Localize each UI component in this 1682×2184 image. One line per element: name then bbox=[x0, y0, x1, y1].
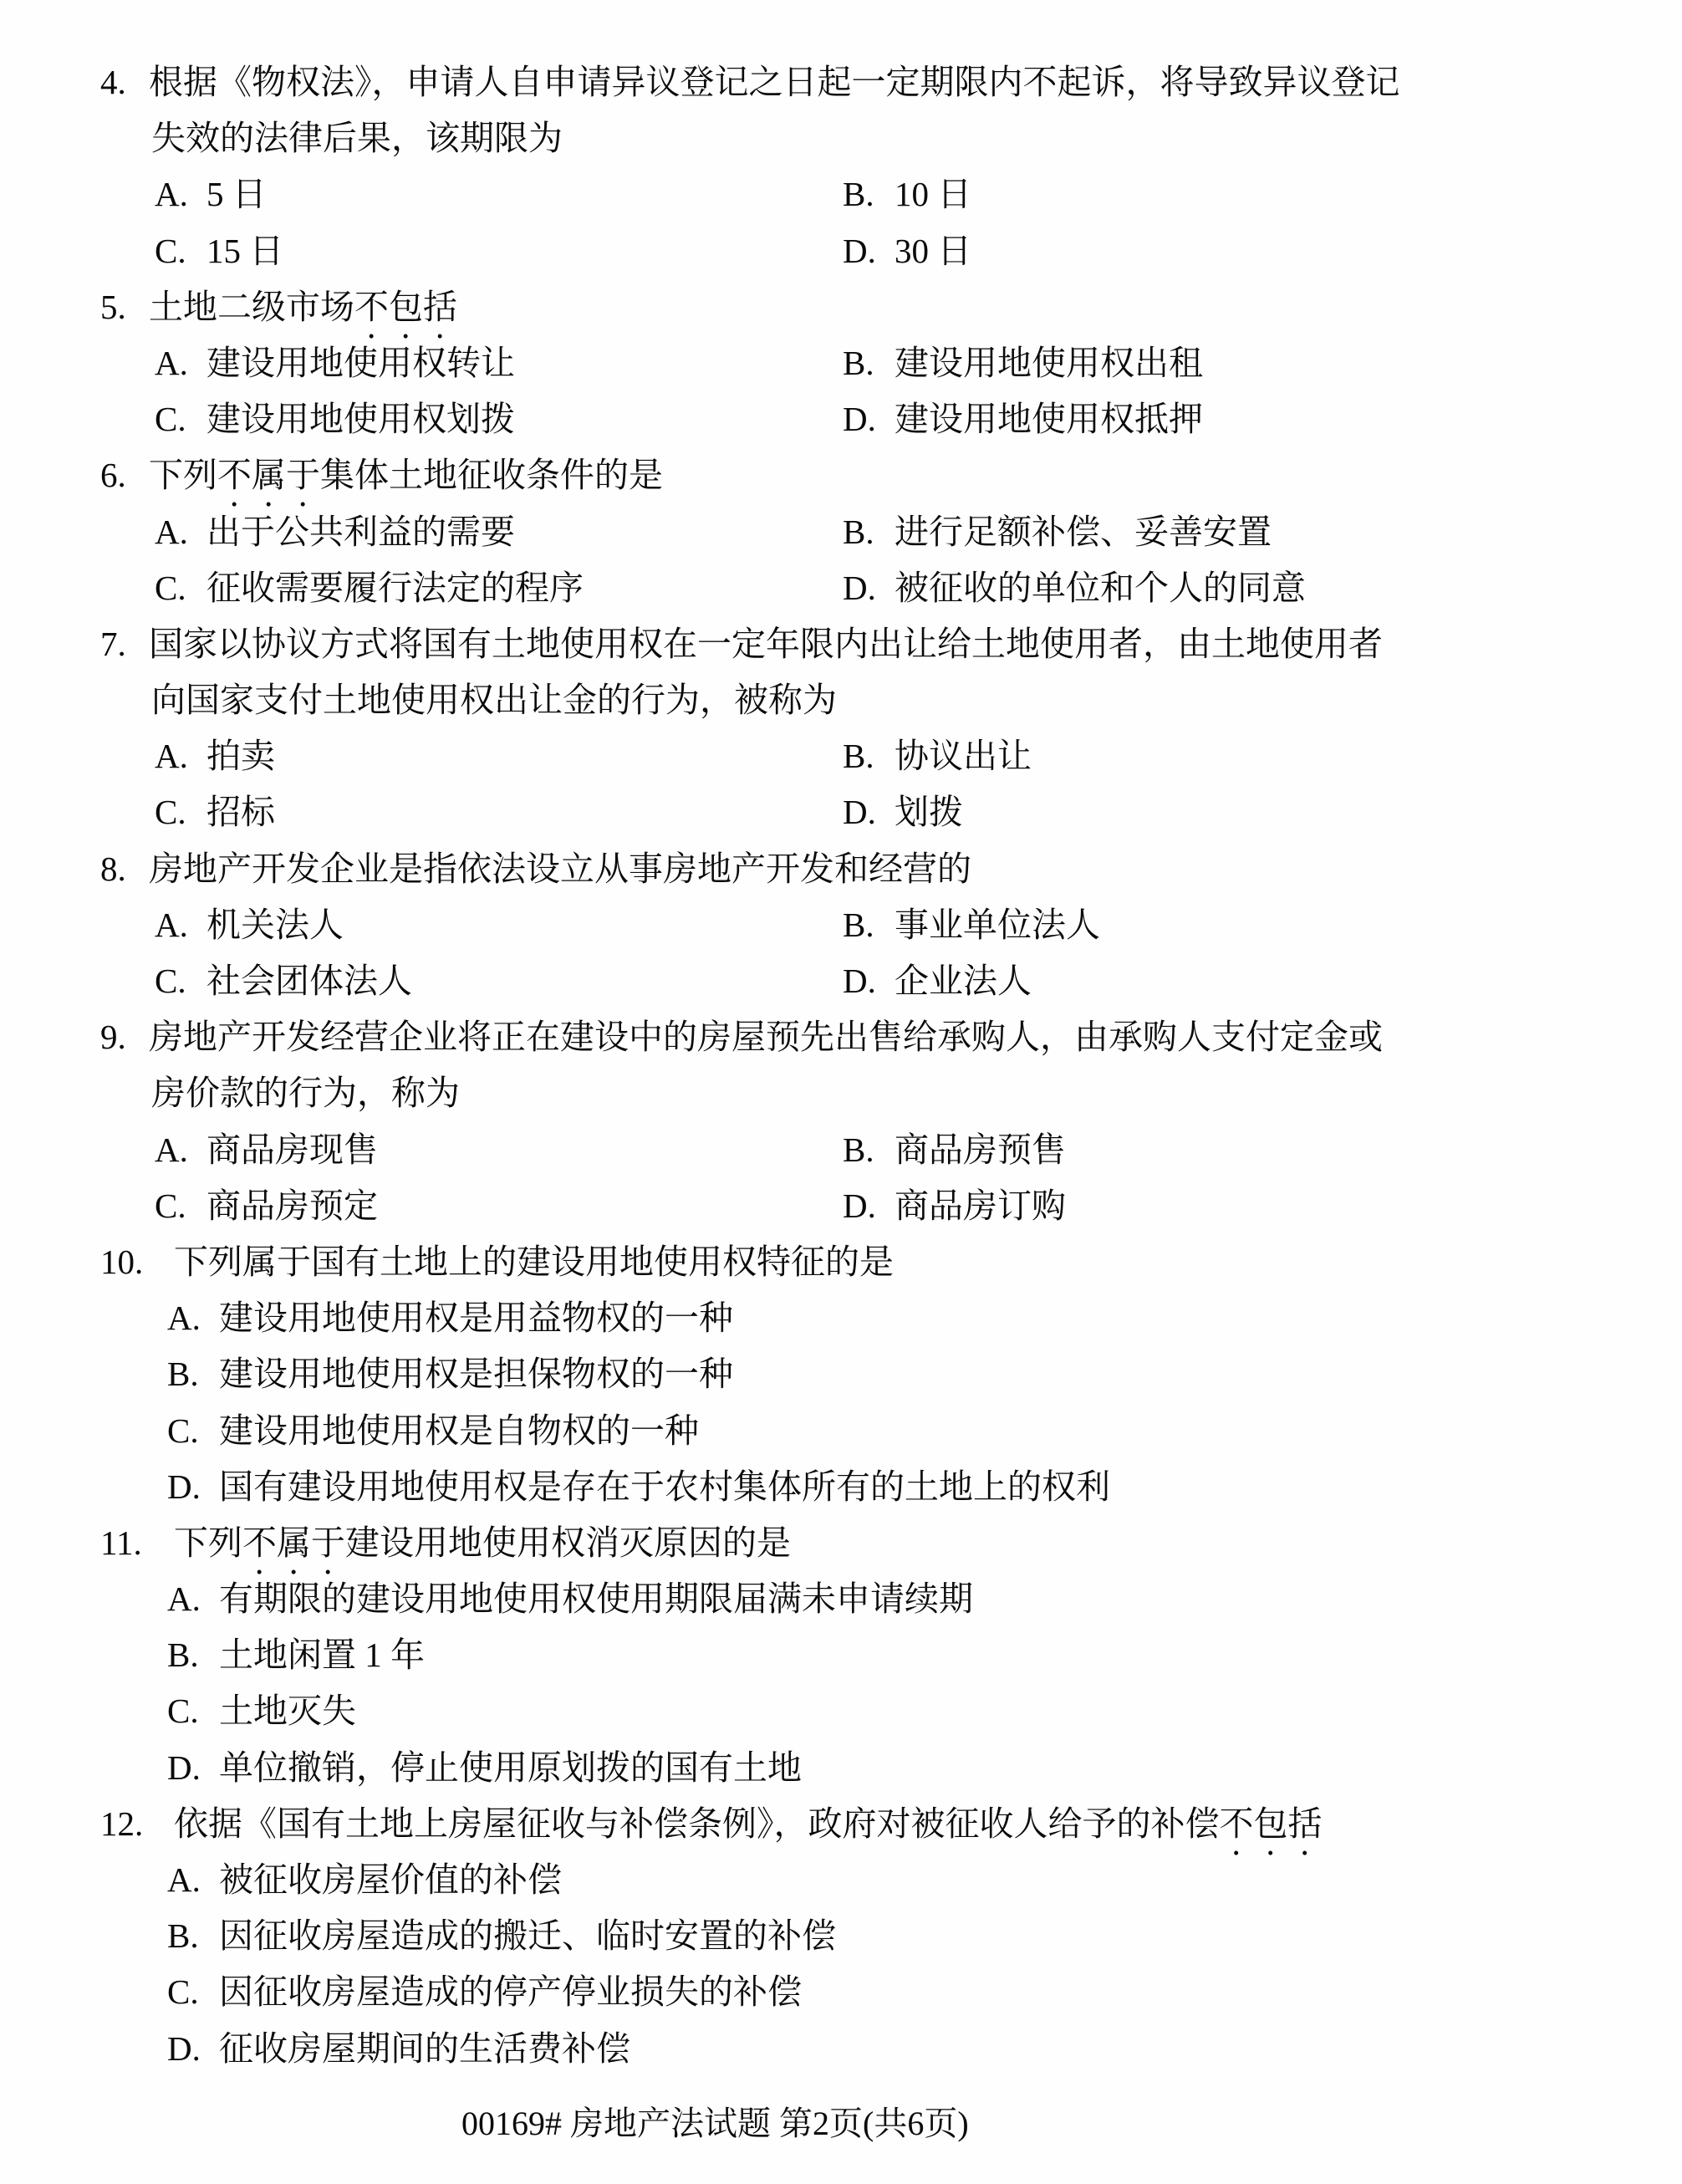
option-text: 机关法人 bbox=[206, 906, 344, 944]
question-7-title: 7. 国家以协议方式将国有土地使用权在一定年限内出让给土地使用者，由土地使用者 bbox=[0, 616, 1682, 672]
question-9-number: 9. bbox=[100, 1009, 126, 1065]
question-11-option-B: B.土地闲置 1 年 bbox=[167, 1627, 425, 1683]
option-text: 15 日 bbox=[206, 232, 283, 270]
question-10-option-A: A.建设用地使用权是用益物权的一种 bbox=[167, 1290, 733, 1346]
option-label: D. bbox=[167, 1459, 219, 1515]
question-8-options-row-2: C.社会团体法人 D.企业法人 bbox=[0, 953, 1682, 1009]
option-text: 建设用地使用权是担保物权的一种 bbox=[219, 1355, 733, 1393]
option-label: C. bbox=[155, 784, 206, 840]
question-8: 8. 房地产开发企业是指依法设立从事房地产开发和经营的 A.机关法人 B.事业单… bbox=[0, 841, 1682, 1010]
question-7-option-D: D.划拨 bbox=[843, 784, 963, 840]
option-text: 国有建设用地使用权是存在于农村集体所有的土地上的权利 bbox=[219, 1467, 1110, 1506]
question-11-option-row-A: A.有期限的建设用地使用权使用期限届满未申请续期 bbox=[0, 1571, 1682, 1627]
option-label: A. bbox=[167, 1290, 219, 1346]
option-label: B. bbox=[843, 166, 895, 222]
question-5: 5. 土地二级市场不包括 A.建设用地使用权转让 B.建设用地使用权出租 C.建… bbox=[0, 279, 1682, 448]
question-10-text-pre: 下列属于国有土地上的建设用地使用权特征的是 bbox=[174, 1243, 894, 1281]
question-6-number: 6. bbox=[100, 447, 126, 503]
option-text: 商品房预售 bbox=[895, 1130, 1066, 1169]
option-label: B. bbox=[843, 897, 895, 953]
option-text: 征收需要履行法定的程序 bbox=[206, 569, 584, 607]
question-11-option-row-C: C.土地灭失 bbox=[0, 1683, 1682, 1739]
question-5-option-A: A.建设用地使用权转让 bbox=[155, 335, 515, 391]
question-12-option-C: C.因征收房屋造成的停产停业损失的补偿 bbox=[167, 1964, 802, 2020]
option-label: A. bbox=[155, 166, 206, 222]
question-10-option-row-D: D.国有建设用地使用权是存在于农村集体所有的土地上的权利 bbox=[0, 1459, 1682, 1515]
question-5-text-pre: 土地二级市场 bbox=[149, 288, 354, 326]
question-11-option-A: A.有期限的建设用地使用权使用期限届满未申请续期 bbox=[167, 1571, 973, 1627]
option-label: A. bbox=[155, 1122, 206, 1178]
option-label: B. bbox=[843, 335, 895, 391]
question-4-option-C: C.15 日 bbox=[155, 223, 283, 279]
question-10-option-D: D.国有建设用地使用权是存在于农村集体所有的土地上的权利 bbox=[167, 1459, 1110, 1515]
question-6-option-C: C.征收需要履行法定的程序 bbox=[155, 560, 584, 616]
question-12: 12. 依据《国有土地上房屋征收与补偿条例》，政府对被征收人给予的补偿不包括 A… bbox=[0, 1796, 1682, 2077]
question-4-option-A: A.5 日 bbox=[155, 166, 267, 222]
option-label: A. bbox=[167, 1571, 219, 1627]
option-text: 拍卖 bbox=[206, 737, 275, 775]
option-label: B. bbox=[843, 504, 895, 560]
question-12-option-row-D: D.征收房屋期间的生活费补偿 bbox=[0, 2021, 1682, 2077]
question-11: 11. 下列不属于建设用地使用权消灭原因的是 A.有期限的建设用地使用权使用期限… bbox=[0, 1515, 1682, 1796]
option-label: B. bbox=[843, 728, 895, 784]
question-9-option-A: A.商品房现售 bbox=[155, 1122, 378, 1178]
question-9-text-pre: 房地产开发经营企业将正在建设中的房屋预先出售给承购人，由承购人支付定金或 bbox=[149, 1018, 1383, 1056]
question-5-option-D: D.建设用地使用权抵押 bbox=[843, 391, 1203, 447]
question-7-number: 7. bbox=[100, 616, 126, 672]
question-8-option-A: A.机关法人 bbox=[155, 897, 344, 953]
question-12-text-emphasis: 不包括 bbox=[1220, 1804, 1323, 1843]
question-9-option-C: C.商品房预定 bbox=[155, 1178, 378, 1234]
option-text: 商品房现售 bbox=[206, 1130, 378, 1169]
option-text: 建设用地使用权划拨 bbox=[206, 400, 515, 438]
question-5-option-B: B.建设用地使用权出租 bbox=[843, 335, 1203, 391]
option-text: 事业单位法人 bbox=[895, 906, 1100, 944]
question-10: 10. 下列属于国有土地上的建设用地使用权特征的是 A.建设用地使用权是用益物权… bbox=[0, 1234, 1682, 1515]
question-4-option-B: B.10 日 bbox=[843, 166, 971, 222]
question-9-options-row-2: C.商品房预定 D.商品房订购 bbox=[0, 1178, 1682, 1234]
option-label: C. bbox=[155, 953, 206, 1009]
option-label: A. bbox=[155, 897, 206, 953]
option-text: 5 日 bbox=[206, 175, 267, 213]
option-label: D. bbox=[843, 391, 895, 447]
option-text: 商品房预定 bbox=[206, 1186, 378, 1225]
question-6-text-pre: 下列 bbox=[149, 456, 217, 494]
option-label: C. bbox=[167, 1683, 219, 1739]
option-text: 商品房订购 bbox=[895, 1186, 1066, 1225]
page-footer: 00169# 房地产法试题 第2页(共6页) bbox=[461, 2104, 969, 2144]
question-5-options-row-1: A.建设用地使用权转让 B.建设用地使用权出租 bbox=[0, 335, 1682, 391]
question-11-number: 11. bbox=[100, 1515, 142, 1571]
option-label: A. bbox=[155, 504, 206, 560]
question-8-text-pre: 房地产开发企业是指依法设立从事房地产开发和经营的 bbox=[149, 850, 971, 888]
question-9: 9. 房地产开发经营企业将正在建设中的房屋预先出售给承购人，由承购人支付定金或 … bbox=[0, 1009, 1682, 1234]
question-12-option-D: D.征收房屋期间的生活费补偿 bbox=[167, 2021, 630, 2077]
question-11-option-C: C.土地灭失 bbox=[167, 1683, 356, 1739]
question-9-title: 9. 房地产开发经营企业将正在建设中的房屋预先出售给承购人，由承购人支付定金或 bbox=[0, 1009, 1682, 1065]
option-label: D. bbox=[843, 953, 895, 1009]
question-6-option-D: D.被征收的单位和个人的同意 bbox=[843, 560, 1306, 616]
question-7: 7. 国家以协议方式将国有土地使用权在一定年限内出让给土地使用者，由土地使用者 … bbox=[0, 616, 1682, 841]
question-9-text-continued: 房价款的行为，称为 bbox=[151, 1065, 460, 1121]
question-9-option-B: B.商品房预售 bbox=[843, 1122, 1066, 1178]
question-11-option-row-B: B.土地闲置 1 年 bbox=[0, 1627, 1682, 1683]
option-text: 被征收的单位和个人的同意 bbox=[895, 569, 1306, 607]
question-10-title: 10. 下列属于国有土地上的建设用地使用权特征的是 bbox=[0, 1234, 1682, 1290]
option-text: 征收房屋期间的生活费补偿 bbox=[219, 2029, 630, 2068]
option-text: 建设用地使用权出租 bbox=[895, 344, 1203, 382]
question-12-option-row-A: A.被征收房屋价值的补偿 bbox=[0, 1852, 1682, 1908]
question-5-text-emphasis: 不包括 bbox=[354, 288, 457, 326]
question-12-number: 12. bbox=[100, 1796, 143, 1852]
option-text: 企业法人 bbox=[895, 962, 1032, 1000]
question-12-option-B: B.因征收房屋造成的搬迁、临时安置的补偿 bbox=[167, 1908, 836, 1964]
question-8-option-C: C.社会团体法人 bbox=[155, 953, 412, 1009]
question-7-text-continued: 向国家支付土地使用权出让金的行为，被称为 bbox=[151, 672, 837, 728]
question-10-option-row-C: C.建设用地使用权是自物权的一种 bbox=[0, 1403, 1682, 1459]
question-7-options-row-2: C.招标 D.划拨 bbox=[0, 784, 1682, 840]
question-11-title: 11. 下列不属于建设用地使用权消灭原因的是 bbox=[0, 1515, 1682, 1571]
question-4-title: 4. 根据《物权法》，申请人自申请异议登记之日起一定期限内不起诉，将导致异议登记 bbox=[0, 54, 1682, 110]
question-4-text-continued: 失效的法律后果，该期限为 bbox=[151, 110, 563, 166]
question-11-text-post: 建设用地使用权消灭原因的是 bbox=[345, 1523, 791, 1562]
option-text: 建设用地使用权是自物权的一种 bbox=[219, 1411, 699, 1450]
question-5-title: 5. 土地二级市场不包括 bbox=[0, 279, 1682, 335]
question-6-option-A: A.出于公共利益的需要 bbox=[155, 504, 515, 560]
question-7-option-C: C.招标 bbox=[155, 784, 275, 840]
question-9-options-row-1: A.商品房现售 B.商品房预售 bbox=[0, 1122, 1682, 1178]
question-5-number: 5. bbox=[100, 279, 126, 335]
question-7-title-line-2: 向国家支付土地使用权出让金的行为，被称为 bbox=[0, 672, 1682, 728]
question-4-number: 4. bbox=[100, 54, 126, 110]
option-label: A. bbox=[167, 1852, 219, 1908]
question-6-text-post: 集体土地征收条件的是 bbox=[320, 456, 663, 494]
option-label: C. bbox=[167, 1403, 219, 1459]
option-text: 因征收房屋造成的搬迁、临时安置的补偿 bbox=[219, 1916, 836, 1955]
question-11-text-pre: 下列 bbox=[174, 1523, 242, 1562]
option-label: A. bbox=[155, 728, 206, 784]
question-10-option-row-A: A.建设用地使用权是用益物权的一种 bbox=[0, 1290, 1682, 1346]
option-label: D. bbox=[843, 223, 895, 279]
option-label: D. bbox=[843, 784, 895, 840]
option-text: 10 日 bbox=[895, 175, 971, 213]
option-text: 出于公共利益的需要 bbox=[206, 513, 515, 551]
option-label: B. bbox=[167, 1346, 219, 1402]
question-4-options-row-2: C.15 日 D.30 日 bbox=[0, 223, 1682, 279]
question-8-option-D: D.企业法人 bbox=[843, 953, 1032, 1009]
option-text: 招标 bbox=[206, 793, 275, 831]
option-label: C. bbox=[167, 1964, 219, 2020]
question-6-option-B: B.进行足额补偿、妥善安置 bbox=[843, 504, 1272, 560]
question-7-text-pre: 国家以协议方式将国有土地使用权在一定年限内出让给土地使用者，由土地使用者 bbox=[149, 625, 1383, 663]
option-text: 土地闲置 1 年 bbox=[219, 1635, 425, 1674]
option-text: 有期限的建设用地使用权使用期限届满未申请续期 bbox=[219, 1579, 973, 1618]
question-11-text-emphasis: 不属于 bbox=[242, 1523, 345, 1562]
question-9-title-line-2: 房价款的行为，称为 bbox=[0, 1065, 1682, 1121]
option-text: 30 日 bbox=[895, 232, 971, 270]
option-text: 建设用地使用权转让 bbox=[206, 344, 515, 382]
question-8-title: 8. 房地产开发企业是指依法设立从事房地产开发和经营的 bbox=[0, 841, 1682, 897]
question-8-option-B: B.事业单位法人 bbox=[843, 897, 1100, 953]
question-6-text-emphasis: 不属于 bbox=[217, 456, 320, 494]
option-label: C. bbox=[155, 1178, 206, 1234]
question-6-title: 6. 下列不属于集体土地征收条件的是 bbox=[0, 447, 1682, 503]
option-text: 建设用地使用权是用益物权的一种 bbox=[219, 1299, 733, 1337]
question-12-option-A: A.被征收房屋价值的补偿 bbox=[167, 1852, 562, 1908]
question-8-number: 8. bbox=[100, 841, 126, 897]
question-10-number: 10. bbox=[100, 1234, 143, 1290]
question-12-option-row-B: B.因征收房屋造成的搬迁、临时安置的补偿 bbox=[0, 1908, 1682, 1964]
question-6: 6. 下列不属于集体土地征收条件的是 A.出于公共利益的需要 B.进行足额补偿、… bbox=[0, 447, 1682, 616]
question-6-options-row-1: A.出于公共利益的需要 B.进行足额补偿、妥善安置 bbox=[0, 504, 1682, 560]
option-text: 进行足额补偿、妥善安置 bbox=[895, 513, 1272, 551]
question-4: 4. 根据《物权法》，申请人自申请异议登记之日起一定期限内不起诉，将导致异议登记… bbox=[0, 54, 1682, 279]
question-4-options-row-1: A.5 日 B.10 日 bbox=[0, 166, 1682, 222]
question-4-text-pre: 根据《物权法》，申请人自申请异议登记之日起一定期限内不起诉，将导致异议登记 bbox=[149, 63, 1400, 101]
question-5-options-row-2: C.建设用地使用权划拨 D.建设用地使用权抵押 bbox=[0, 391, 1682, 447]
option-text: 划拨 bbox=[895, 793, 963, 831]
option-label: C. bbox=[155, 223, 206, 279]
option-text: 土地灭失 bbox=[219, 1692, 356, 1730]
option-text: 被征收房屋价值的补偿 bbox=[219, 1860, 562, 1899]
question-4-option-D: D.30 日 bbox=[843, 223, 971, 279]
option-text: 建设用地使用权抵押 bbox=[895, 400, 1203, 438]
option-label: B. bbox=[167, 1908, 219, 1964]
question-7-options-row-1: A.拍卖 B.协议出让 bbox=[0, 728, 1682, 784]
question-8-options-row-1: A.机关法人 B.事业单位法人 bbox=[0, 897, 1682, 953]
question-4-title-line-2: 失效的法律后果，该期限为 bbox=[0, 110, 1682, 166]
question-12-title: 12. 依据《国有土地上房屋征收与补偿条例》，政府对被征收人给予的补偿不包括 bbox=[0, 1796, 1682, 1852]
question-7-option-B: B.协议出让 bbox=[843, 728, 1032, 784]
question-12-option-row-C: C.因征收房屋造成的停产停业损失的补偿 bbox=[0, 1964, 1682, 2020]
option-text: 因征收房屋造成的停产停业损失的补偿 bbox=[219, 1972, 802, 2011]
option-label: D. bbox=[843, 560, 895, 616]
option-text: 单位撤销，停止使用原划拨的国有土地 bbox=[219, 1748, 802, 1787]
question-5-option-C: C.建设用地使用权划拨 bbox=[155, 391, 515, 447]
question-10-option-C: C.建设用地使用权是自物权的一种 bbox=[167, 1403, 699, 1459]
option-label: B. bbox=[843, 1122, 895, 1178]
question-11-option-D: D.单位撤销，停止使用原划拨的国有土地 bbox=[167, 1740, 802, 1796]
exam-page-body: 4. 根据《物权法》，申请人自申请异议登记之日起一定期限内不起诉，将导致异议登记… bbox=[0, 54, 1682, 2077]
question-9-option-D: D.商品房订购 bbox=[843, 1178, 1066, 1234]
option-label: A. bbox=[155, 335, 206, 391]
question-11-option-row-D: D.单位撤销，停止使用原划拨的国有土地 bbox=[0, 1740, 1682, 1796]
question-10-option-B: B.建设用地使用权是担保物权的一种 bbox=[167, 1346, 733, 1402]
question-10-option-row-B: B.建设用地使用权是担保物权的一种 bbox=[0, 1346, 1682, 1402]
option-label: B. bbox=[167, 1627, 219, 1683]
option-text: 协议出让 bbox=[895, 737, 1032, 775]
option-label: D. bbox=[167, 1740, 219, 1796]
question-12-text-pre: 依据《国有土地上房屋征收与补偿条例》，政府对被征收人给予的补偿 bbox=[174, 1804, 1220, 1843]
option-label: D. bbox=[843, 1178, 895, 1234]
question-7-option-A: A.拍卖 bbox=[155, 728, 275, 784]
option-label: C. bbox=[155, 391, 206, 447]
question-6-options-row-2: C.征收需要履行法定的程序 D.被征收的单位和个人的同意 bbox=[0, 560, 1682, 616]
option-label: C. bbox=[155, 560, 206, 616]
option-text: 社会团体法人 bbox=[206, 962, 412, 1000]
option-label: D. bbox=[167, 2021, 219, 2077]
